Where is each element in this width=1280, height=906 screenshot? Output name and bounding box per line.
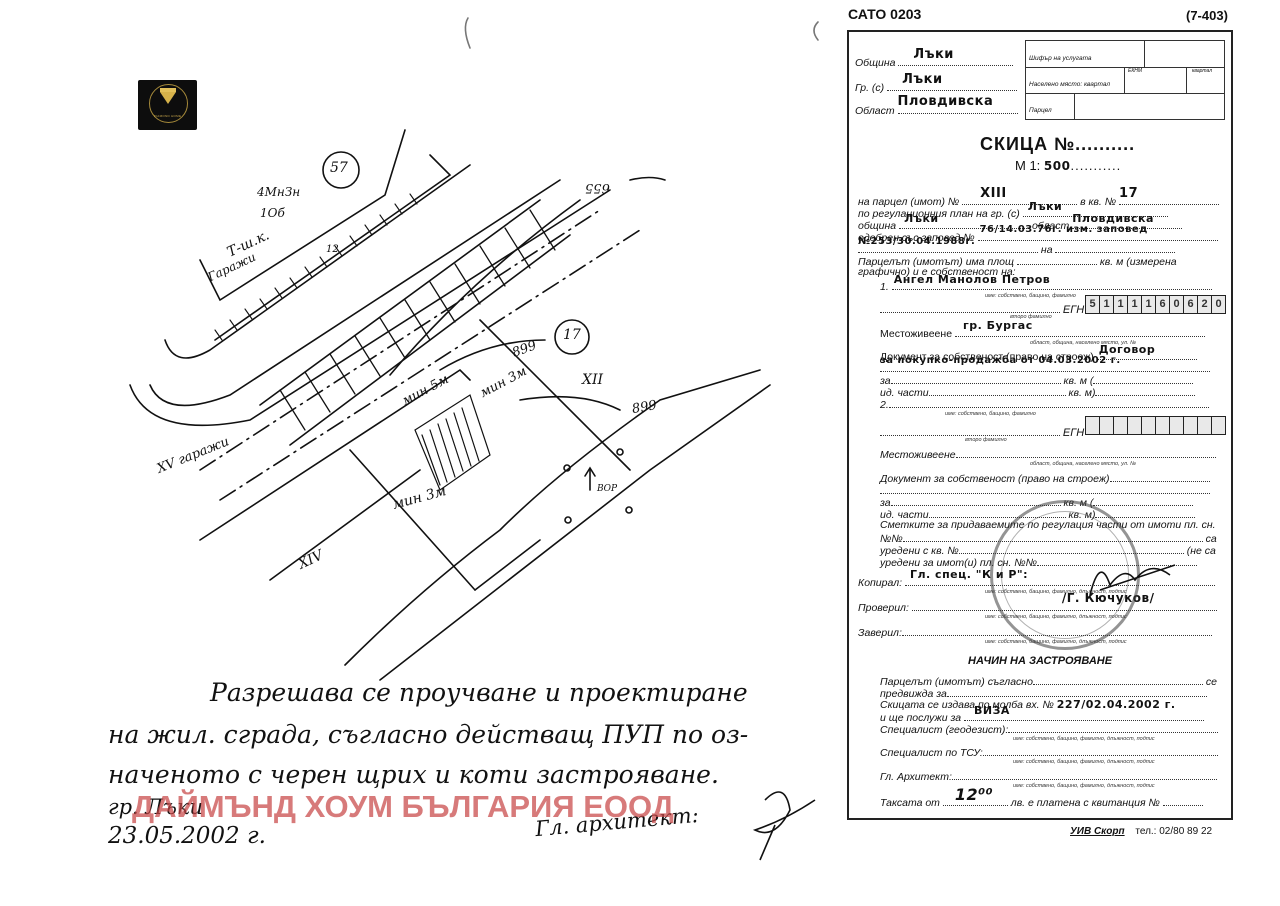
note-line-1: Разрешава се проучване и проектиране — [210, 678, 748, 707]
scale-value: 500 — [1044, 159, 1071, 173]
note-line-3: наченото с черен щрих и коти застрояване… — [108, 760, 719, 789]
obshtina-row: Община Лъки — [855, 55, 1013, 69]
egn1-field: 5111160620 — [1085, 295, 1226, 314]
area-field — [1017, 254, 1097, 265]
ekatte-label: ЕКНМ — [1128, 68, 1142, 74]
doc1-value-2: за покупко-продажба от 04.03.2002 г. — [880, 355, 1121, 366]
approved-value-2: №253/30.04.1988г. — [858, 236, 975, 247]
street-marker-label: 12 — [326, 244, 339, 255]
parcel-value: XIII — [980, 186, 1007, 201]
obshtina-label: Община — [855, 57, 895, 69]
watermark: ДАЙМЪНД ХОУМ БЪЛГАРИЯ ЕООД — [132, 789, 674, 825]
form-footer: УИВ Скорп тел.: 02/80 89 22 — [1070, 826, 1212, 837]
service-code-grid: Шифър на услугата Населено място: кварта… — [1025, 40, 1225, 120]
owner1-value: Ангел Манолов Петров — [894, 273, 1051, 286]
well-label: ВОР — [597, 484, 617, 494]
owner2-hint: име: собствено, бащино, фамилно — [945, 411, 1036, 417]
oblast-row: Област Пловдивска — [855, 103, 1018, 117]
owner2-second-hint: второ фамилно — [965, 437, 1007, 443]
egn1-row: ЕГН — [880, 302, 1084, 316]
fee-value: 12⁰⁰ — [955, 785, 993, 804]
residence1-row: Местоживеене гр. Бургас — [880, 326, 1205, 340]
fee-row: Таксата от 12⁰⁰ лв. е платена с квитанци… — [880, 795, 1203, 809]
publisher-phone: тел.: 02/80 89 22 — [1135, 826, 1212, 837]
oblast-value: Пловдивска — [898, 94, 994, 109]
owner1-hint: име: собствено, бащино, фамилно — [985, 293, 1076, 299]
architect-row: Гл. Архитект: — [880, 769, 1217, 783]
architect-hint: име: собствено, бащино, фамилно, длъжнос… — [1013, 783, 1155, 789]
plan-value: Лъки — [1028, 200, 1063, 213]
town-label: Гр. (с) — [855, 82, 884, 94]
area-57-label: 4МнЗн — [257, 185, 300, 199]
service-code-label: Шифър на услугата — [1029, 55, 1092, 62]
approved-value: 76/14.03.76г. изм. заповед — [980, 224, 1148, 235]
scale-row: М 1: 500........... — [1015, 158, 1121, 173]
note-date: 23.05.2002 г. — [108, 823, 266, 849]
oblast-label: Област — [855, 105, 895, 117]
settlement-label: Населено място: квартал — [1029, 81, 1110, 88]
form-number: (7-403) — [1186, 8, 1228, 23]
residence2-row: Местоживеене — [880, 447, 1216, 461]
scale-label: М 1: — [1015, 158, 1040, 173]
obshtina-value: Лъки — [913, 47, 954, 62]
serve-value: ВИЗА — [974, 704, 1010, 717]
area-57-sub-label: 1Об — [260, 206, 285, 220]
parcel-57-label: 57 — [330, 160, 348, 176]
obshtina2-value: Лъки — [904, 212, 939, 225]
block-value: 17 — [1119, 186, 1138, 201]
kvartal-label: квартал — [1192, 68, 1212, 74]
town-value: Лъки — [902, 72, 943, 87]
owner1-row: 1. Ангел Манолов Петров — [880, 279, 1212, 293]
residence2-hint: област, община, населено място, ул. № — [1030, 461, 1136, 467]
town-row: Гр. (с) Лъки — [855, 80, 1017, 94]
sketch-title: СКИЦА №.......... — [980, 134, 1135, 155]
tsu-row: Специалист по ТСУ: — [880, 745, 1218, 759]
construction-method-title: НАЧИН НА ЗАСТРОЯВАНЕ — [968, 655, 1112, 667]
survey-655-label: 655 — [585, 180, 610, 195]
geodesist-row: Специалист (геодезист): — [880, 722, 1218, 736]
owner2-row: 2. — [880, 397, 1209, 411]
egn2-field — [1085, 416, 1226, 435]
publisher-logo: УИВ Скорп — [1070, 826, 1125, 837]
residence1-value: гр. Бургас — [963, 319, 1033, 332]
parcel-grid-label: Парцел — [1029, 107, 1052, 114]
parcel-17-label: 17 — [563, 327, 581, 343]
geodesist-hint: име: собствено, бащино, фамилно, длъжнос… — [1013, 736, 1155, 742]
form-code: САТО 0203 — [848, 6, 921, 22]
architect-signature — [745, 780, 825, 865]
note-line-2: на жил. сграда, съгласно действащ ПУП по… — [108, 720, 748, 749]
tsu-hint: име: собствено, бащино, фамилно, длъжнос… — [1013, 759, 1155, 765]
plot-xii-label: XII — [582, 372, 603, 388]
copier-signature — [1080, 545, 1180, 605]
